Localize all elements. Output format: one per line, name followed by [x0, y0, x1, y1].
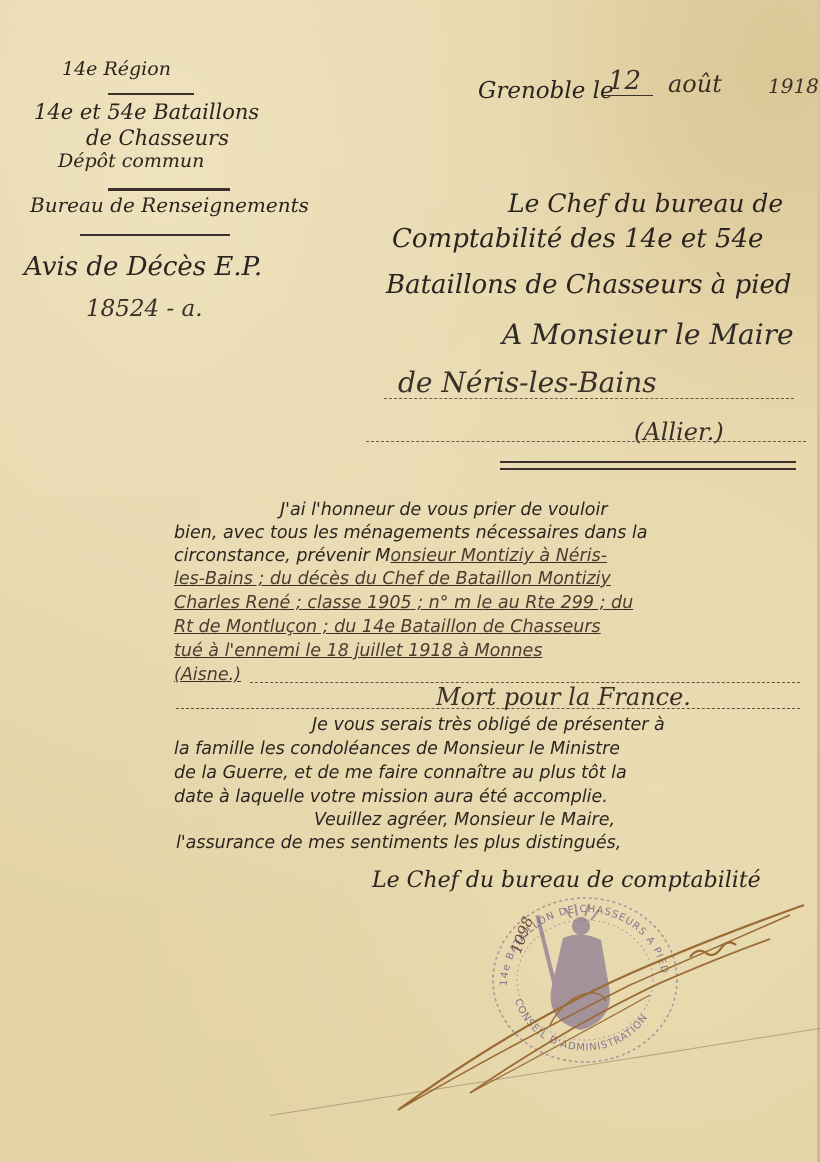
- sender-line-3: Bataillons de Chasseurs à pied: [386, 270, 792, 300]
- document-title: Avis de Décès E.P.: [24, 252, 262, 282]
- addressee-line-3: (Allier.): [634, 418, 724, 446]
- filled-in-text: (Aisne.): [174, 665, 241, 685]
- date-year: 1918: [768, 74, 819, 98]
- letterhead-rule: [108, 93, 194, 95]
- body-line: l'assurance de mes sentiments les plus d…: [176, 833, 621, 853]
- letterhead-depot: Dépôt commun: [58, 150, 204, 172]
- sender-line-1: Le Chef du bureau de: [508, 189, 783, 218]
- body-line: circonstance, prévenir Monsieur Montiziy…: [174, 546, 607, 566]
- body-line: date à laquelle votre mission aura été a…: [174, 787, 608, 807]
- body-line: Veuillez agréer, Monsieur le Maire,: [314, 810, 615, 830]
- double-rule: [500, 461, 796, 470]
- letterhead-region: 14e Région: [62, 58, 171, 80]
- date-underline: [603, 95, 653, 96]
- signature-icon: [390, 895, 810, 1125]
- letterhead-battalions: 14e et 54e Bataillons: [34, 100, 259, 124]
- body-line: Je vous serais très obligé de présenter …: [312, 715, 665, 735]
- reference-number: 18524 - a.: [86, 296, 203, 322]
- sender-line-2: Comptabilité des 14e et 54e: [392, 224, 763, 254]
- letterhead-chasseurs: de Chasseurs: [86, 126, 229, 150]
- body-line: de la Guerre, et de me faire connaître a…: [174, 763, 627, 783]
- filled-in-text: Rt de Montluçon ; du 14e Bataillon de Ch…: [174, 617, 601, 637]
- letter-page: 14e Région 14e et 54e Bataillons de Chas…: [0, 0, 820, 1162]
- date-place: Grenoble le: [478, 78, 614, 104]
- filled-in-text: onsieur Montiziy à Néris-: [390, 546, 607, 566]
- filled-in-text: les-Bains ; du décès du Chef de Bataillo…: [174, 569, 611, 589]
- filled-in-text: tué à l'ennemi le 18 juillet 1918 à Monn…: [174, 641, 542, 661]
- addressee-line-1: A Monsieur le Maire: [502, 318, 794, 351]
- letterhead-bureau: Bureau de Renseignements: [30, 193, 309, 217]
- letterhead-rule: [80, 234, 230, 236]
- body-text: circonstance, prévenir M: [174, 546, 390, 566]
- body-line: bien, avec tous les ménagements nécessai…: [174, 523, 647, 543]
- date-day: 12: [608, 66, 641, 96]
- dotted-rule: [366, 441, 806, 442]
- body-line: J'ai l'honneur de vous prier de vouloir: [280, 500, 608, 520]
- letterhead-rule: [108, 188, 230, 191]
- filled-in-text: Charles René ; classe 1905 ; n° m le au …: [174, 593, 633, 613]
- addressee-line-2: de Néris-les-Bains: [398, 366, 657, 399]
- dotted-rule: [176, 708, 800, 709]
- date-month: août: [668, 70, 722, 98]
- body-line: la famille les condoléances de Monsieur …: [174, 739, 620, 759]
- mort-pour-la-france: Mort pour la France.: [436, 683, 691, 711]
